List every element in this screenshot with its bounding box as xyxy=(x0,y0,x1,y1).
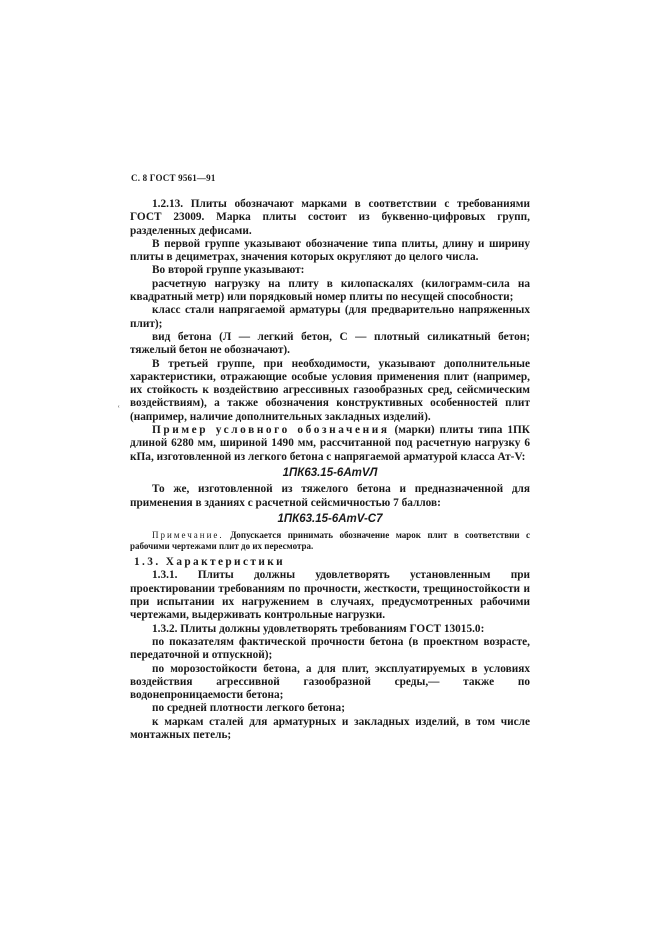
section-item-1-3-2: 1.3.2. Плиты должны удовлетворять требов… xyxy=(130,623,530,636)
section-item-frost: по морозостойкости бетона, а для плит, э… xyxy=(130,663,530,703)
example-text-2: То же, изготовленной из тяжелого бетона … xyxy=(130,483,530,510)
section-item-density: по средней плотности легкого бетона; xyxy=(130,702,530,715)
margin-mark: ʿ xyxy=(117,405,120,416)
paragraph-first-group: В первой группе указывают обозначение ти… xyxy=(130,238,530,265)
document-body: 1.2.13. Плиты обозначают марками в соотв… xyxy=(130,198,530,742)
section-item-steel: к маркам сталей для арматурных и закладн… xyxy=(130,716,530,743)
paragraph-steel-class: класс стали напрягаемой арматуры (для пр… xyxy=(130,304,530,331)
paragraph-concrete-type: вид бетона (Л — легкий бетон, С — плотны… xyxy=(130,331,530,358)
example-mark-2: 1ПК63.15-6АтV-С7 xyxy=(130,513,530,526)
example-label: Пример условного обозначения xyxy=(152,424,390,436)
example-paragraph: Пример условного обозначения (марки) пли… xyxy=(130,424,530,464)
section-item-1-3-1: 1.3.1. Плиты должны удовлетворять устано… xyxy=(130,569,530,622)
section-title: 1.3. Характеристики xyxy=(130,556,530,569)
paragraph-1-2-13: 1.2.13. Плиты обозначают марками в соотв… xyxy=(130,198,530,238)
section-item-strength: по показателям фактической прочности бет… xyxy=(130,636,530,663)
paragraph-second-group: Во второй группе указывают: xyxy=(130,264,530,277)
note-label: Примечание. xyxy=(152,530,224,540)
note: Примечание. Допускается принимать обозна… xyxy=(130,530,530,552)
paragraph-third-group: В третьей группе, при необходимости, ука… xyxy=(130,358,530,424)
example-mark-1: 1ПК63.15-6АтVЛ xyxy=(130,467,530,480)
page-header: С. 8 ГОСТ 9561—91 xyxy=(131,173,216,183)
paragraph-load: расчетную нагрузку на плиту в килопаскал… xyxy=(130,278,530,305)
